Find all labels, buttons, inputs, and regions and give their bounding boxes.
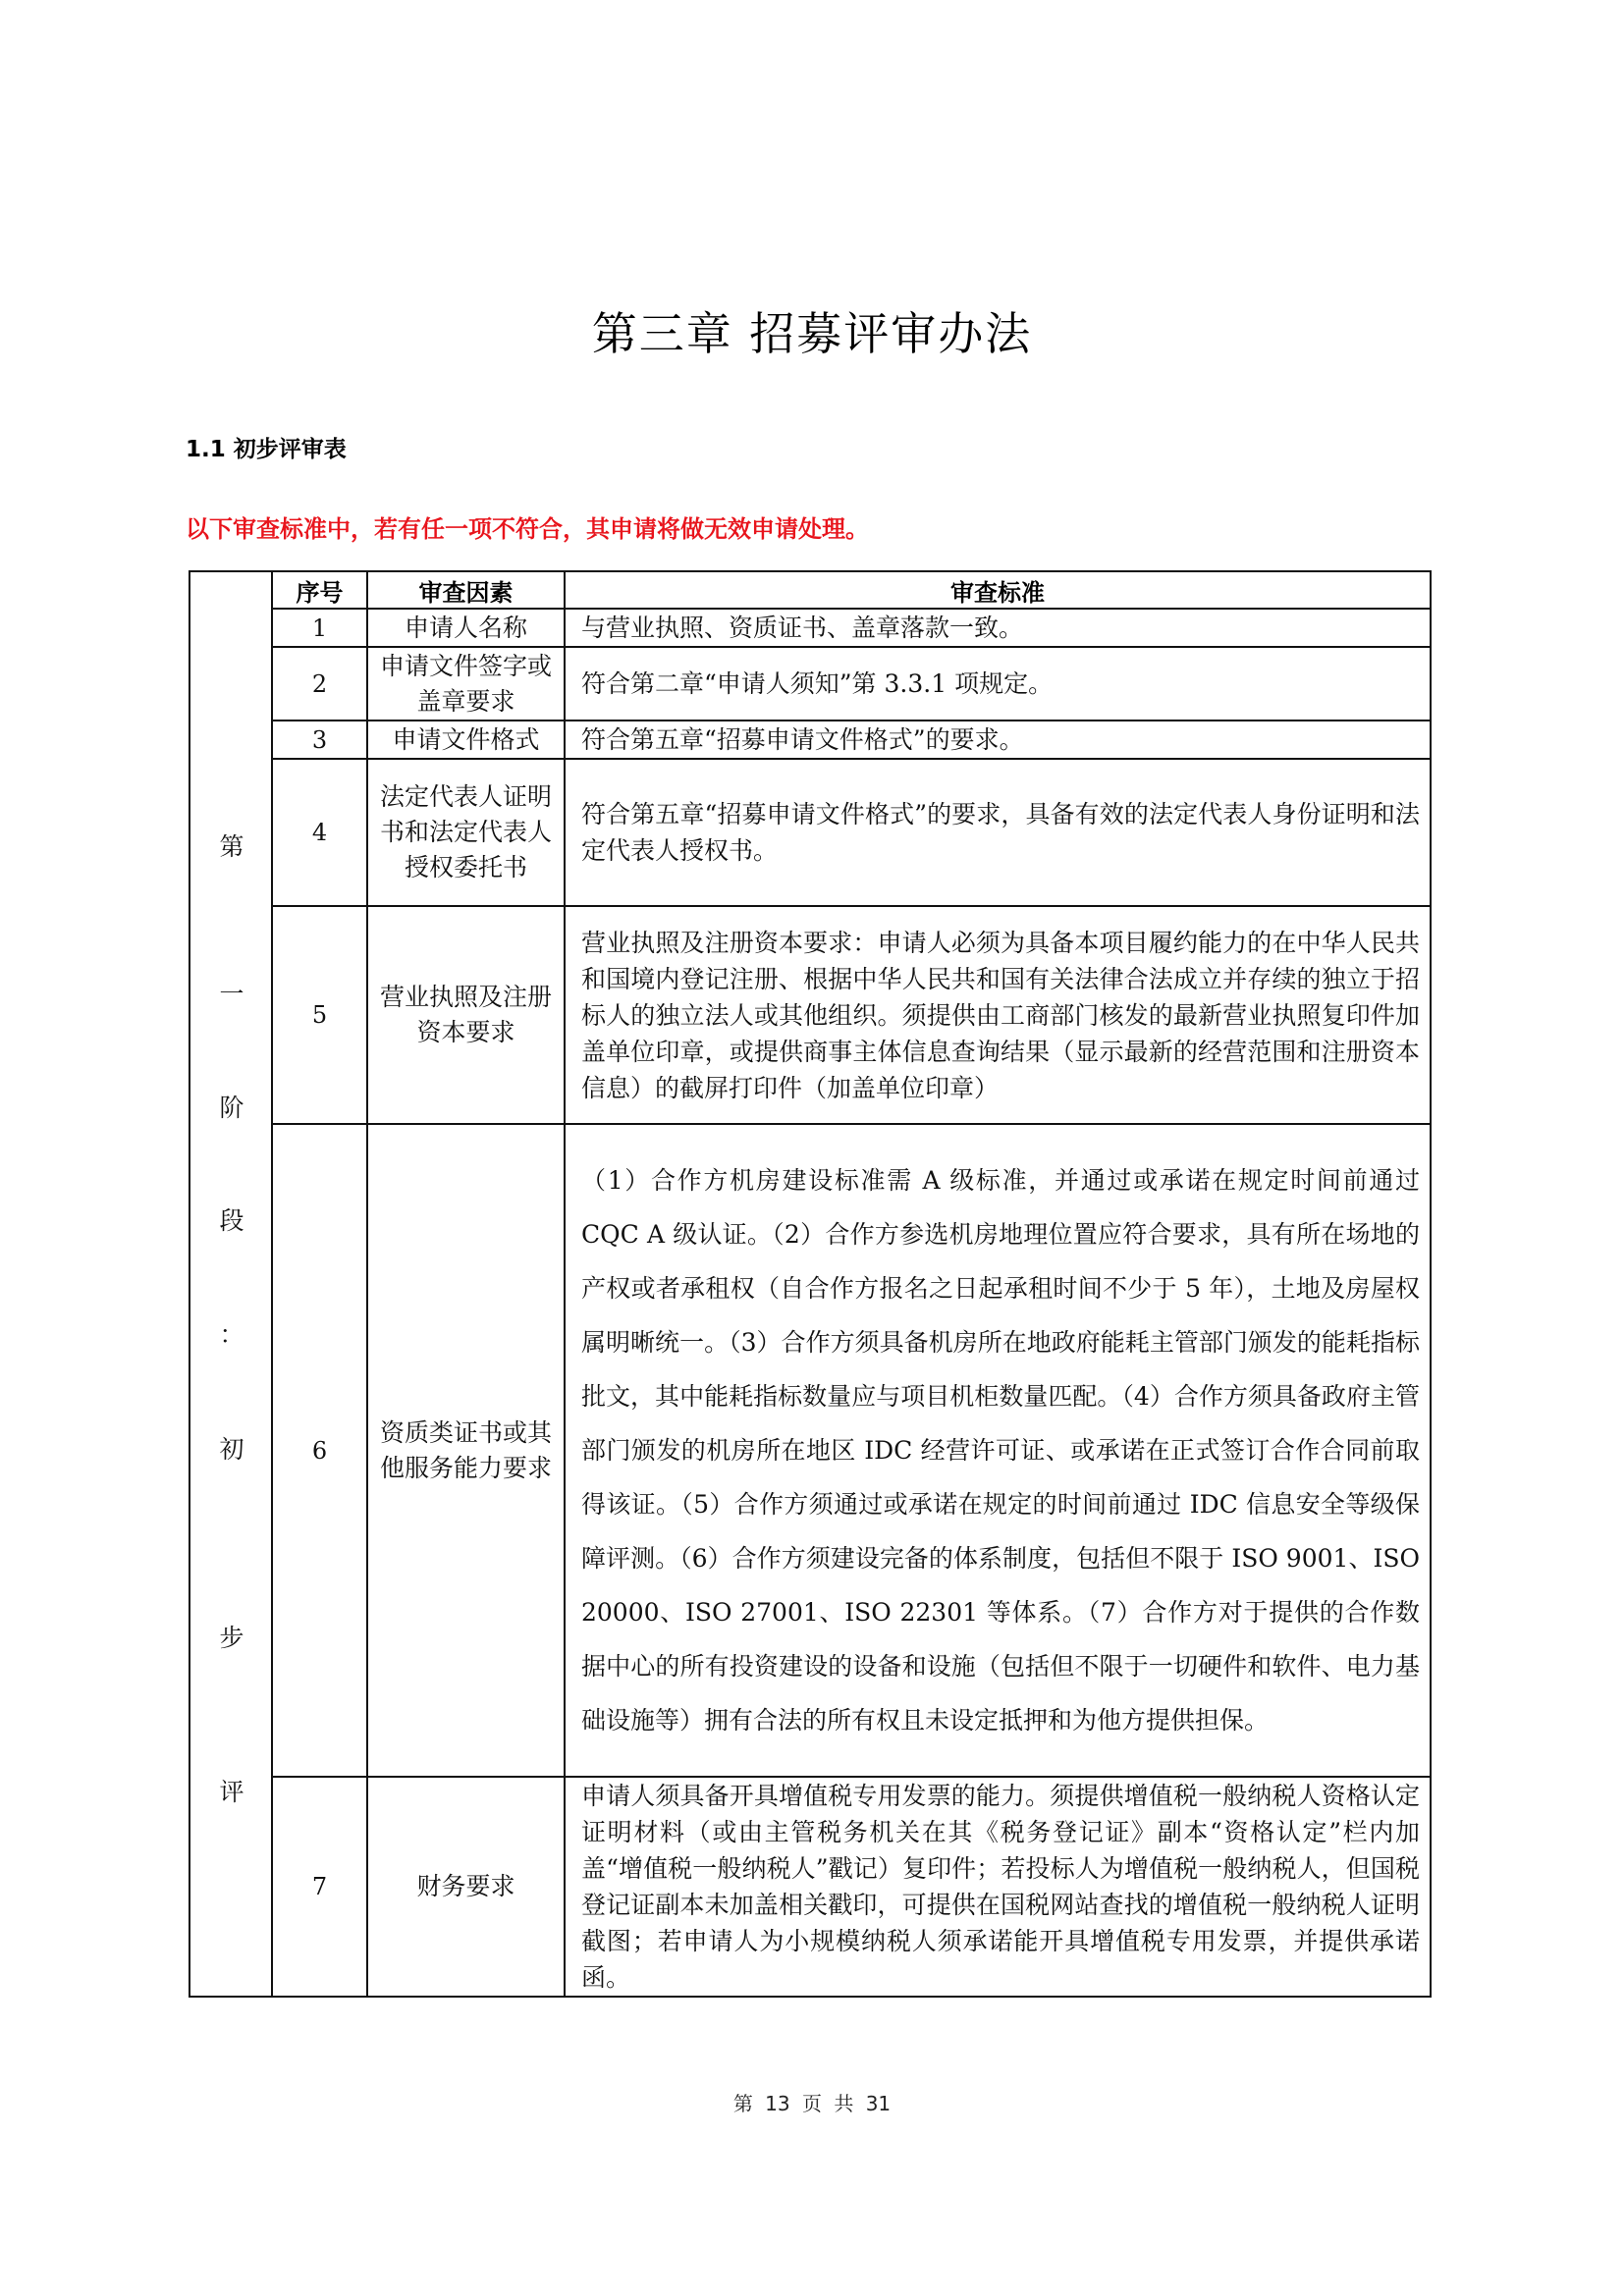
page-title: 第三章 招募评审办法 (0, 306, 1624, 361)
table-row: 7 财务要求 申请人须具备开具增值税专用发票的能力。须提供增值税一般纳税人资格认… (189, 1777, 1431, 1997)
stage-label-char: 阶 (190, 1095, 273, 1122)
stage-label-char: 第 (190, 833, 273, 861)
warning-note: 以下审查标准中，若有任一项不符合，其申请将做无效申请处理。 (186, 514, 869, 544)
row-factor: 申请文件签字或盖章要求 (367, 647, 565, 721)
table-row: 3 申请文件格式 符合第五章“招募申请文件格式”的要求。 (189, 721, 1431, 759)
header-no: 序号 (272, 571, 367, 609)
row-factor: 营业执照及注册资本要求 (367, 906, 565, 1124)
row-standard: 与营业执照、资质证书、盖章落款一致。 (565, 609, 1431, 647)
row-factor: 财务要求 (367, 1777, 565, 1997)
table-header-row: 第 一 阶 段 ： 初 步 评 序号 审查因素 审查标准 (189, 571, 1431, 609)
header-standard: 审查标准 (565, 571, 1431, 609)
row-factor: 申请文件格式 (367, 721, 565, 759)
row-no: 6 (272, 1124, 367, 1777)
table-row: 4 法定代表人证明书和法定代表人授权委托书 符合第五章“招募申请文件格式”的要求… (189, 759, 1431, 906)
row-standard: （1）合作方机房建设标准需 A 级标准，并通过或承诺在规定时间前通过 CQC A… (565, 1124, 1431, 1777)
row-standard: 符合第二章“申请人须知”第 3.3.1 项规定。 (565, 647, 1431, 721)
row-no: 7 (272, 1777, 367, 1997)
row-standard: 符合第五章“招募申请文件格式”的要求。 (565, 721, 1431, 759)
row-no: 2 (272, 647, 367, 721)
row-standard: 申请人须具备开具增值税专用发票的能力。须提供增值税一般纳税人资格认定证明材料（或… (565, 1777, 1431, 1997)
header-factor: 审查因素 (367, 571, 565, 609)
stage-label-char: 初 (190, 1436, 273, 1464)
row-no: 1 (272, 609, 367, 647)
row-standard: 符合第五章“招募申请文件格式”的要求，具备有效的法定代表人身份证明和法定代表人授… (565, 759, 1431, 906)
row-factor: 法定代表人证明书和法定代表人授权委托书 (367, 759, 565, 906)
row-factor: 申请人名称 (367, 609, 565, 647)
stage-label-cell: 第 一 阶 段 ： 初 步 评 (189, 571, 272, 1997)
stage-label-char: 步 (190, 1625, 273, 1652)
row-no: 5 (272, 906, 367, 1124)
table-row: 5 营业执照及注册资本要求 营业执照及注册资本要求：申请人必须为具备本项目履约能… (189, 906, 1431, 1124)
stage-label-char: 一 (190, 981, 273, 1008)
section-heading: 1.1 初步评审表 (186, 436, 347, 463)
row-standard: 营业执照及注册资本要求：申请人必须为具备本项目履约能力的在中华人民共和国境内登记… (565, 906, 1431, 1124)
table-row: 2 申请文件签字或盖章要求 符合第二章“申请人须知”第 3.3.1 项规定。 (189, 647, 1431, 721)
table-row: 1 申请人名称 与营业执照、资质证书、盖章落款一致。 (189, 609, 1431, 647)
row-no: 4 (272, 759, 367, 906)
stage-label-char: 段 (190, 1207, 273, 1235)
row-no: 3 (272, 721, 367, 759)
page-footer: 第 13 页 共 31 (0, 2088, 1624, 2116)
stage-label-char: 评 (190, 1779, 273, 1806)
row-factor: 资质类证书或其他服务能力要求 (367, 1124, 565, 1777)
preliminary-review-table: 第 一 阶 段 ： 初 步 评 序号 审查因素 审查标准 1 申请人名称 与营业… (189, 570, 1432, 1998)
stage-label-char: ： (190, 1321, 273, 1349)
table-row: 6 资质类证书或其他服务能力要求 （1）合作方机房建设标准需 A 级标准，并通过… (189, 1124, 1431, 1777)
